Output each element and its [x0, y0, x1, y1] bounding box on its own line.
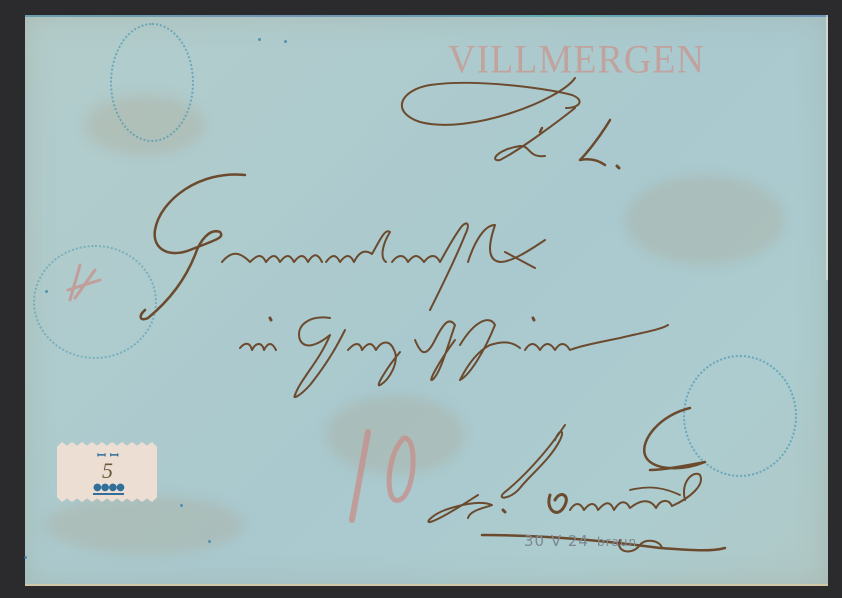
stain [625, 175, 785, 265]
rate-label: ꟷ ꟷ 5 ●●●● [57, 442, 157, 502]
ink-speck [180, 504, 183, 507]
ink-speck [284, 40, 287, 43]
pencil-note-date-code: 30 V 24 [524, 532, 589, 550]
rate-label-value: 5 [102, 458, 113, 484]
postmark-circle-right [683, 355, 797, 477]
town-cancel-stamp: VILLMERGEN [448, 37, 705, 83]
fold-edge [826, 15, 828, 280]
rate-label-bottom-mark: ●●●● [93, 484, 124, 495]
pencil-note: 30 V 24braun [524, 532, 637, 550]
ink-speck [258, 38, 261, 41]
address-line-1: Tit. [0, 0, 1, 1]
stain [45, 495, 245, 555]
ink-speck [45, 290, 48, 293]
postmark-circle-left [33, 245, 157, 359]
letter-cover [25, 15, 828, 586]
ink-speck [24, 556, 27, 559]
address-text: Tit. Gemeinderath in Schupfheim Kt. Luze… [0, 0, 1, 1]
ink-speck [208, 540, 211, 543]
stain [325, 395, 465, 475]
postmark-circle-top-left [110, 23, 194, 142]
pencil-note-color: braun [597, 535, 637, 549]
